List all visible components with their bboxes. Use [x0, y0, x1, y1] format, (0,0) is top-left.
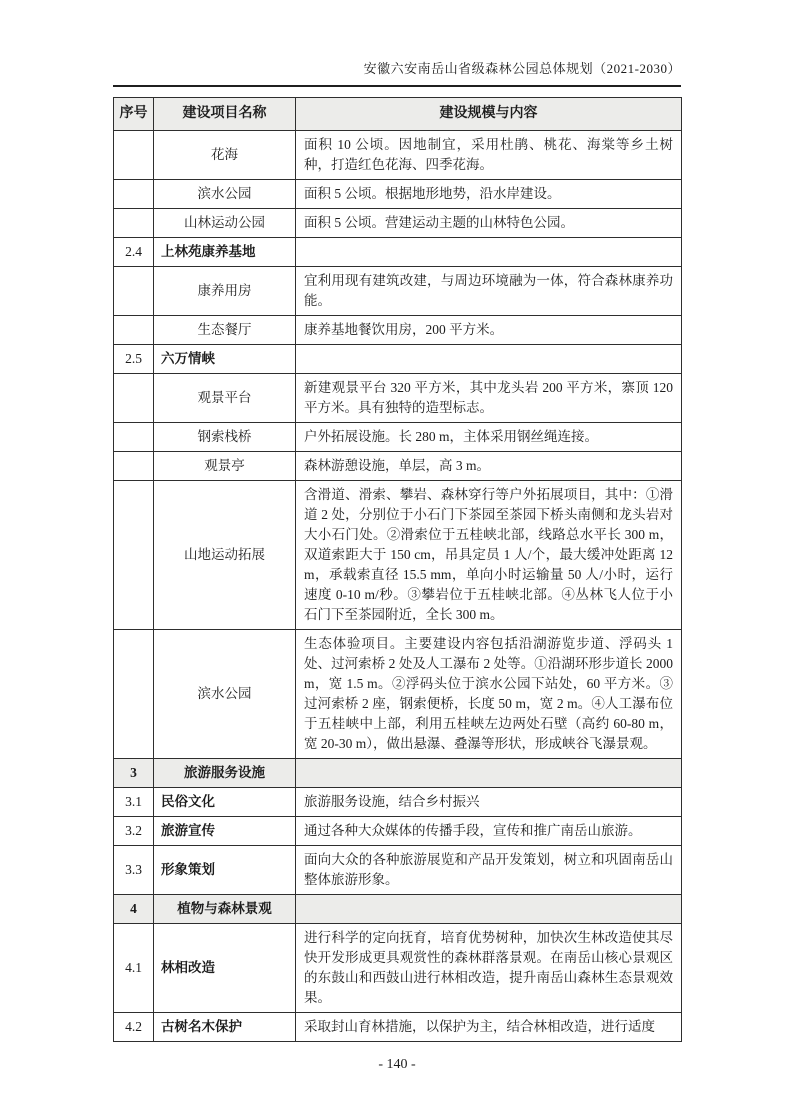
table-cell-name: 古树名木保护 [154, 1013, 296, 1042]
table-row: 山地运动拓展含滑道、滑索、攀岩、森林穿行等户外拓展项目，其中：①滑道 2 处，分… [114, 481, 682, 630]
table-row: 生态餐厅康养基地餐饮用房，200 平方米。 [114, 316, 682, 345]
table-row: 滨水公园面积 5 公顷。根据地形地势，沿水岸建设。 [114, 180, 682, 209]
table-cell-content: 户外拓展设施。长 280 m，主体采用钢丝绳连接。 [296, 423, 682, 452]
table-cell-content: 含滑道、滑索、攀岩、森林穿行等户外拓展项目，其中：①滑道 2 处，分别位于小石门… [296, 481, 682, 630]
header-rule [113, 85, 681, 87]
table-cell-content: 面积 5 公顷。营建运动主题的山林特色公园。 [296, 209, 682, 238]
table-cell-content [296, 345, 682, 374]
table-cell-name: 生态餐厅 [154, 316, 296, 345]
column-header-content: 建设规模与内容 [296, 98, 682, 131]
table-body: 花海面积 10 公顷。因地制宜，采用杜鹃、桃花、海棠等乡土树种，打造红色花海、四… [114, 131, 682, 1042]
table-cell-no: 2.5 [114, 345, 154, 374]
table-cell-content: 进行科学的定向抚育，培育优势树种，加快次生林改造使其尽快开发形成更具观赏性的森林… [296, 924, 682, 1013]
column-header-name: 建设项目名称 [154, 98, 296, 131]
table-cell-content [296, 895, 682, 924]
table-cell-name: 山林运动公园 [154, 209, 296, 238]
table-cell-name: 康养用房 [154, 267, 296, 316]
column-header-no: 序号 [114, 98, 154, 131]
running-head: 安徽六安南岳山省级森林公园总体规划（2021-2030） [113, 60, 681, 85]
table-cell-content [296, 238, 682, 267]
document-page: 安徽六安南岳山省级森林公园总体规划（2021-2030） 序号 建设项目名称 建… [0, 0, 790, 1118]
table-cell-name: 民俗文化 [154, 788, 296, 817]
table-cell-name: 滨水公园 [154, 180, 296, 209]
table-header-row: 序号 建设项目名称 建设规模与内容 [114, 98, 682, 131]
construction-plan-table: 序号 建设项目名称 建设规模与内容 花海面积 10 公顷。因地制宜，采用杜鹃、桃… [113, 97, 682, 1042]
table-cell-no: 3.3 [114, 846, 154, 895]
table-cell-no: 4.2 [114, 1013, 154, 1042]
table-cell-no: 4.1 [114, 924, 154, 1013]
table-cell-no [114, 481, 154, 630]
page-number: - 140 - [113, 1057, 681, 1073]
table-cell-content: 宜利用现有建筑改建，与周边环境融为一体，符合森林康养功能。 [296, 267, 682, 316]
table-cell-name: 上林苑康养基地 [154, 238, 296, 267]
table-cell-no: 2.4 [114, 238, 154, 267]
table-cell-no [114, 630, 154, 759]
table-cell-name: 观景平台 [154, 374, 296, 423]
table-row: 滨水公园生态体验项目。主要建设内容包括沿湖游览步道、浮码头 1 处、过河索桥 2… [114, 630, 682, 759]
table-cell-no [114, 452, 154, 481]
table-row: 3旅游服务设施 [114, 759, 682, 788]
table-cell-no [114, 267, 154, 316]
table-cell-no: 3.2 [114, 817, 154, 846]
table-row: 康养用房宜利用现有建筑改建，与周边环境融为一体，符合森林康养功能。 [114, 267, 682, 316]
table-cell-no: 3 [114, 759, 154, 788]
table-cell-name: 旅游服务设施 [154, 759, 296, 788]
table-cell-name: 滨水公园 [154, 630, 296, 759]
table-cell-name: 形象策划 [154, 846, 296, 895]
table-cell-no [114, 316, 154, 345]
table-cell-name: 钢索栈桥 [154, 423, 296, 452]
table-row: 花海面积 10 公顷。因地制宜，采用杜鹃、桃花、海棠等乡土树种，打造红色花海、四… [114, 131, 682, 180]
table-cell-content [296, 759, 682, 788]
table-cell-name: 山地运动拓展 [154, 481, 296, 630]
table-row: 钢索栈桥户外拓展设施。长 280 m，主体采用钢丝绳连接。 [114, 423, 682, 452]
table-cell-content: 康养基地餐饮用房，200 平方米。 [296, 316, 682, 345]
table-row: 3.3形象策划面向大众的各种旅游展览和产品开发策划，树立和巩固南岳山整体旅游形象… [114, 846, 682, 895]
table-cell-content: 生态体验项目。主要建设内容包括沿湖游览步道、浮码头 1 处、过河索桥 2 处及人… [296, 630, 682, 759]
table-cell-no: 4 [114, 895, 154, 924]
table-cell-name: 花海 [154, 131, 296, 180]
table-cell-content: 通过各种大众媒体的传播手段，宣传和推广南岳山旅游。 [296, 817, 682, 846]
table-cell-name: 林相改造 [154, 924, 296, 1013]
table-row: 3.2旅游宣传通过各种大众媒体的传播手段，宣传和推广南岳山旅游。 [114, 817, 682, 846]
table-row: 山林运动公园面积 5 公顷。营建运动主题的山林特色公园。 [114, 209, 682, 238]
table-cell-content: 采取封山育林措施，以保护为主，结合林相改造，进行适度 [296, 1013, 682, 1042]
table-cell-no [114, 131, 154, 180]
table-cell-content: 面向大众的各种旅游展览和产品开发策划，树立和巩固南岳山整体旅游形象。 [296, 846, 682, 895]
table-cell-no: 3.1 [114, 788, 154, 817]
table-row: 4植物与森林景观 [114, 895, 682, 924]
table-cell-no [114, 180, 154, 209]
table-row: 观景平台新建观景平台 320 平方米，其中龙头岩 200 平方米，寨顶 120 … [114, 374, 682, 423]
table-cell-content: 面积 5 公顷。根据地形地势，沿水岸建设。 [296, 180, 682, 209]
table-row: 观景亭森林游憩设施，单层，高 3 m。 [114, 452, 682, 481]
table-cell-content: 面积 10 公顷。因地制宜，采用杜鹃、桃花、海棠等乡土树种，打造红色花海、四季花… [296, 131, 682, 180]
table-row: 4.1林相改造进行科学的定向抚育，培育优势树种，加快次生林改造使其尽快开发形成更… [114, 924, 682, 1013]
table-cell-no [114, 209, 154, 238]
table-row: 3.1民俗文化旅游服务设施，结合乡村振兴 [114, 788, 682, 817]
table-cell-no [114, 423, 154, 452]
table-row: 2.4上林苑康养基地 [114, 238, 682, 267]
table-cell-name: 观景亭 [154, 452, 296, 481]
table-cell-content: 新建观景平台 320 平方米，其中龙头岩 200 平方米，寨顶 120 平方米。… [296, 374, 682, 423]
table-row: 2.5六万情峡 [114, 345, 682, 374]
table-cell-content: 森林游憩设施，单层，高 3 m。 [296, 452, 682, 481]
table-cell-name: 旅游宣传 [154, 817, 296, 846]
table-cell-no [114, 374, 154, 423]
table-cell-content: 旅游服务设施，结合乡村振兴 [296, 788, 682, 817]
table-cell-name: 六万情峡 [154, 345, 296, 374]
table-cell-name: 植物与森林景观 [154, 895, 296, 924]
table-row: 4.2古树名木保护采取封山育林措施，以保护为主，结合林相改造，进行适度 [114, 1013, 682, 1042]
